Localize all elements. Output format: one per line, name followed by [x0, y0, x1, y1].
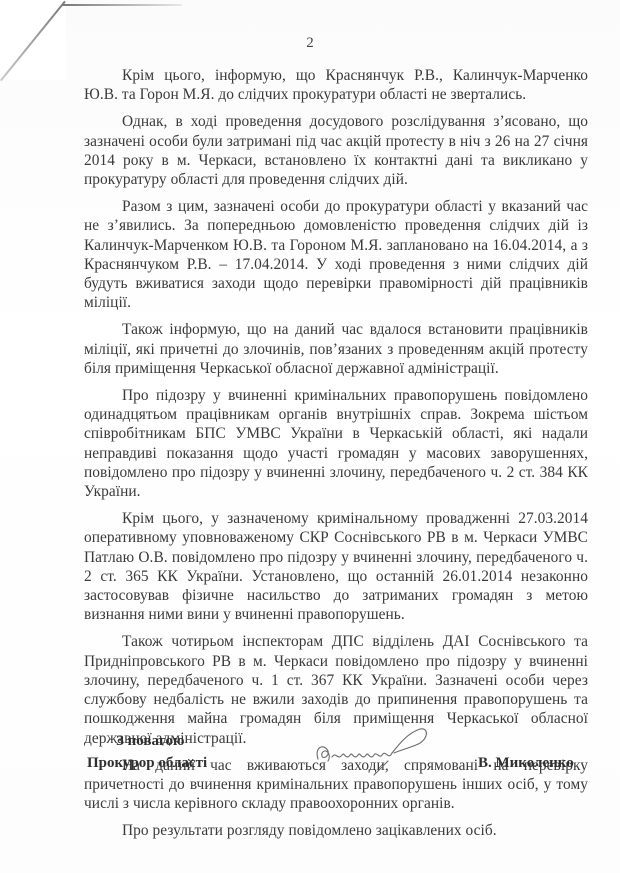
signatory-title: Прокурор області [87, 755, 207, 772]
paragraph: Крім цього, інформую, що Краснянчук Р.В.… [84, 66, 588, 104]
signatory-name: В. Миколенко [478, 755, 574, 772]
document-page: 2 Крім цього, інформую, що Краснянчук Р.… [0, 0, 620, 873]
page-top-edge [62, 4, 182, 6]
paragraph: Крім цього, у зазначеному кримінальному … [84, 509, 588, 624]
paragraph: Також інформую, що на даний час вдалося … [84, 320, 588, 378]
paragraph: Про підозру у вчиненні кримінальних прав… [84, 386, 588, 501]
paragraph: Однак, в ході проведення досудового розс… [84, 112, 588, 189]
paragraph: Про результати розгляду повідомлено заці… [84, 821, 588, 840]
paragraph: Разом з цим, зазначені особи до прокурат… [84, 197, 588, 312]
closing-greeting: З повагою [116, 733, 184, 750]
page-number: 2 [0, 35, 620, 52]
handwritten-signature-icon [308, 717, 438, 777]
signature-block: З повагою Прокурор області В. Миколенко [0, 729, 620, 789]
